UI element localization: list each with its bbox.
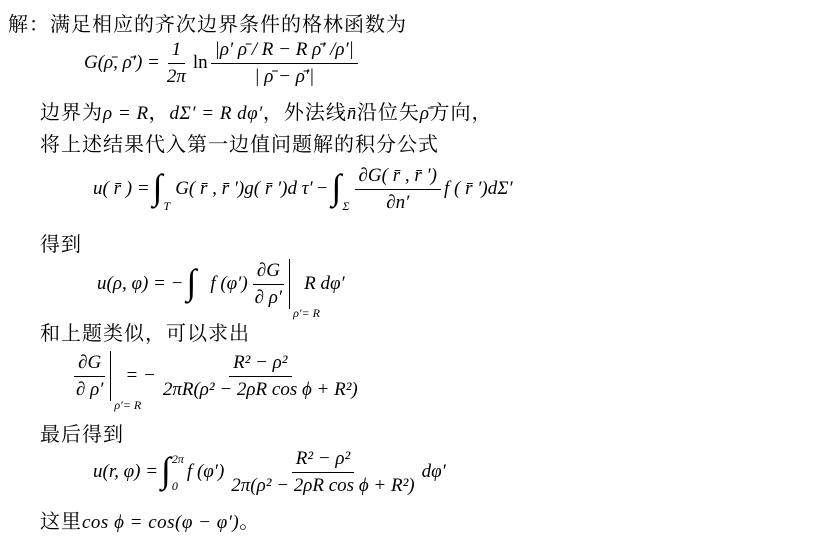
u-boundary-lhs: u(ρ, φ) = − xyxy=(97,273,183,295)
integral-sub-sigma: Σ xyxy=(342,199,349,214)
similar-text: 和上题类似，可以求出 xyxy=(40,317,250,346)
boundary-text-5: 方向， xyxy=(429,96,492,125)
integral-sign-surface: ∫ xyxy=(332,171,342,203)
poisson-body: G( r̄ , r̄ ′)g( r̄ ′)d τ′ xyxy=(175,178,312,200)
u-final-body: f (φ′) xyxy=(187,461,224,483)
integral-sign-volume: ∫ xyxy=(153,171,163,203)
poisson-lhs: u( r̄ ) = xyxy=(93,178,150,200)
closing-text-2: 。 xyxy=(239,505,260,534)
closing-text-1: 这里 xyxy=(40,505,82,534)
formula-green-function: G(ρ̄, ρ̄′) = 1 2π ln |ρ′ ρ̄ / R − R ρ̄′ … xyxy=(84,32,361,94)
u-boundary-body: f (φ′) xyxy=(210,273,247,295)
fraction-green-argument: |ρ′ ρ̄ / R − R ρ̄′ /ρ′| | ρ̄ − ρ̄′| xyxy=(211,39,358,88)
integral-sub-T: T xyxy=(164,199,171,214)
boundary-text-2: ， xyxy=(149,96,170,125)
substitute-statement-line: 将上述结果代入第一边值问题解的积分公式 xyxy=(40,128,439,157)
ln-operator: ln xyxy=(193,52,208,74)
formula-normal-derivative: ∂G ∂ ρ′ ρ′= R = − R² − ρ² 2πR(ρ² − 2ρR c… xyxy=(72,343,365,409)
poisson-tail: f ( r̄ ′)dΣ′ xyxy=(444,178,513,200)
obtain-text: 得到 xyxy=(40,228,82,257)
integral-limits: 2π 0 xyxy=(172,452,184,492)
similar-line: 和上题类似，可以求出 xyxy=(40,317,250,346)
boundary-math-normal-vector: n̄ xyxy=(347,103,357,125)
solution-label: 解： xyxy=(8,8,50,37)
fraction-poisson-kernel: R² − ρ² 2π(ρ² − 2ρR cos ϕ + R²) xyxy=(227,448,418,497)
fraction-dG-dn: ∂G( r̄ , r̄ ′) ∂n′ xyxy=(355,165,441,214)
boundary-math-dsigma: dΣ′ = R dφ′ xyxy=(170,103,263,125)
obtain-line: 得到 xyxy=(40,228,82,257)
boundary-text-3: ，外法线 xyxy=(263,96,347,125)
formula-u-boundary: u(ρ, φ) = − ∫ f (φ′) ∂G ∂ ρ′ ρ′= R R dφ′ xyxy=(97,252,348,316)
evaluated-at-bar: ρ′= R xyxy=(289,259,290,309)
substitute-text: 将上述结果代入第一边值问题解的积分公式 xyxy=(40,128,439,157)
u-boundary-tail: R dφ′ xyxy=(304,273,345,295)
fraction-one-over-2pi: 1 2π xyxy=(163,39,190,88)
minus-sign: − xyxy=(316,178,329,200)
integral-sign-plain: ∫ xyxy=(186,266,196,298)
closing-math-cos-identity: cos ϕ = cos(φ − φ′) xyxy=(82,512,239,534)
u-final-lhs: u(r, φ) = xyxy=(93,461,158,483)
closing-line: 这里 cos ϕ = cos(φ − φ′) 。 xyxy=(40,505,260,534)
fraction-dG-drho: ∂G ∂ ρ′ xyxy=(251,260,286,309)
solution-document: 解： 满足相应的齐次边界条件的格林函数为 G(ρ̄, ρ̄′) = 1 2π l… xyxy=(0,0,840,547)
evaluated-at-bar-2: ρ′= R xyxy=(110,351,111,401)
formula-integral-solution: u( r̄ ) = ∫ T G( r̄ , r̄ ′)g( r̄ ′)d τ′ … xyxy=(93,158,516,220)
boundary-description-line: 边界为 ρ = R ， dΣ′ = R dφ′ ，外法线 n̄ 沿位矢 ρ̄ 方… xyxy=(40,96,492,125)
normal-derivative-equals: = − xyxy=(125,365,155,387)
boundary-text-4: 沿位矢 xyxy=(357,96,420,125)
formula-u-final: u(r, φ) = ∫ 2π 0 f (φ′) R² − ρ² 2π(ρ² − … xyxy=(93,442,449,502)
boundary-math-rho-vector: ρ̄ xyxy=(420,103,430,125)
fraction-dG-drho-2: ∂G ∂ ρ′ xyxy=(72,352,107,401)
fraction-poisson-kernel-R: R² − ρ² 2πR(ρ² − 2ρR cos ϕ + R²) xyxy=(159,352,362,401)
u-final-tail: dφ′ xyxy=(422,461,446,483)
green-lhs: G(ρ̄, ρ̄′) = xyxy=(84,52,160,74)
boundary-text-1: 边界为 xyxy=(40,96,103,125)
boundary-math-rho-equals-R: ρ = R xyxy=(103,103,149,125)
integral-sign-0-2pi: ∫ xyxy=(161,454,171,486)
